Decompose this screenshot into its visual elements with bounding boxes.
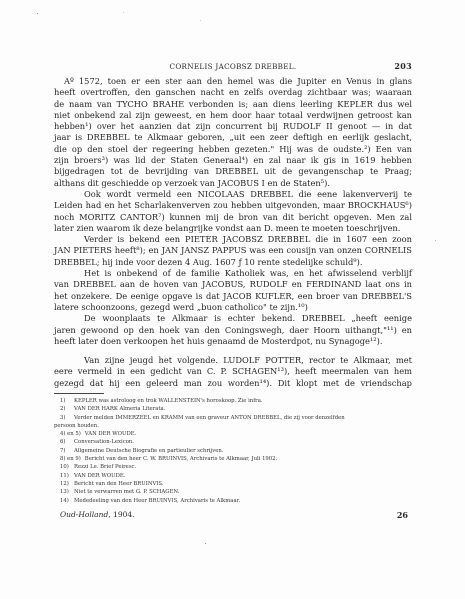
body-text: Aº 1572, toen er een ster aan den hemel … [54,76,412,389]
text-line: hebben¹) over het aanzien dat zijn concu… [54,121,412,132]
scan-speck [37,13,38,14]
footnote-number: 4) en 5) [60,430,81,438]
footnote-text: VAN DER WOUDE. [74,473,125,479]
text-line: Aº 1572, toen er een ster aan den hemel … [54,76,412,87]
footnote-number: 1) [60,397,74,405]
text-line: heeft later doen verkoopen het huis gena… [54,336,412,347]
text-line: later zien waarom ik deze belangrijke vo… [54,223,412,234]
text-line: Verder is bekend een PIETER JACOBSZ DREB… [54,234,412,245]
footnote-text: Verder melden IMMERZEEL en KRAMM van een… [74,415,345,421]
text-line: heeft overtroffen, den ganschen nacht en… [54,87,412,98]
footnote: 3)Verder melden IMMERZEEL en KRAMM van e… [60,414,412,422]
footnote-number: 7) [60,447,74,455]
text-line: noch MORITZ CANTOR⁷) kunnen mij de bron … [54,212,412,223]
footnote-number: 13) [60,488,74,496]
footnote-text: persoon houden. [54,423,99,429]
footnote-number: 3) [60,414,74,422]
footnote: 14)Mededeeling van den Heer BRUINVIS, Ar… [60,497,412,505]
footnote-number: 6) [60,438,74,446]
scan-speck [205,543,206,544]
footnote: 7)Allgemeine Deutsche Biografie en parti… [60,447,412,455]
text-line: Van zijne jeugd het volgende. LUDOLF POT… [54,355,412,366]
footnote-number: 12) [60,480,74,488]
footnote-text: KEPLER was astroloog en trok WALLENSTEIN… [74,398,263,404]
text-line: zijn broers³) was lid der Staten Generaa… [54,155,412,166]
text-line: gezegd dat hij een geleerd man zou worde… [54,378,412,389]
text-line: Ook wordt vermeld een NICOLAAS DREBBEL d… [54,189,412,200]
footnote-number: 2) [60,405,74,413]
text-line: jaar is DREBBEL te Alkmaar geboren, „uit… [54,132,412,143]
scan-speck [435,240,436,241]
footnote: 11)VAN DER WOUDE. [60,472,412,480]
footnote: 12)Bericht van den Heer BRUINVIS. [60,480,412,488]
journal-title: Oud-Holland [60,510,108,519]
scan-speck [200,20,201,21]
text-line: JAN PIETERS heeft⁸); en JAN JANSZ PAPPUS… [54,245,412,256]
footnote-number: 8) en 9) [60,455,81,463]
page-number: 203 [394,61,412,71]
scanned-page: CORNELIS JACOBSZ DREBBEL. 203 Aº 1572, t… [0,0,465,599]
footnote: persoon houden. [54,422,412,430]
journal-year: , 1904. [108,510,134,519]
footnote-number: 10) [60,463,74,471]
text-line: jaren gewoond op den hoek van den Coning… [54,325,412,336]
footnote-text: Bericht van den heer C. W. BRUINVIS, Arc… [85,456,277,462]
page-footer: Oud-Holland, 1904. 26 [60,510,412,522]
footnote: 13)Niet te verwarren met G. P. SCHAGEN. [60,488,412,496]
footnote: 4) en 5)VAN DER WOUDE. [60,430,412,438]
scan-speck [123,12,124,13]
text-line: eere vermeld in een gedicht van C. P. SC… [54,366,412,377]
footnote: 10)Rezzi Le. Brief Peiresc. [60,463,412,471]
journal-citation: Oud-Holland, 1904. [60,510,135,519]
footnote-text: VAN DER WOUDE. [85,431,136,437]
footnote-text: VAN DER HARK Almeria Literata. [74,406,165,412]
footnote-text: Niet te verwarren met G. P. SCHAGEN. [74,489,179,495]
footnote-text: Conversation-Lexicon. [74,439,134,445]
running-title: CORNELIS JACOBSZ DREBBEL. [54,62,412,71]
footnote-text: Rezzi Le. Brief Peiresc. [74,464,136,470]
footnote-number: 11) [60,472,74,480]
text-line: van DREBBEL aan de hoven van JACOBUS, RU… [54,279,412,290]
footnote-text: Allgemeine Deutsche Biografie en partieu… [74,448,223,454]
text-line: Leiden had en het Scharlakenverven zou h… [54,200,412,211]
text-line: de naam van TYCHO BRAHE verbonden is; aa… [54,99,412,110]
text-line: althans dit geschiedde op verzoek van JA… [54,178,412,189]
text-line: die op den stoel der regeering hebben ge… [54,144,412,155]
text-line: het onzekere. De eenige opgave is dat JA… [54,291,412,302]
text-line: bijgedragen tot de bevrijding van DREBBE… [54,166,412,177]
footnote: 1)KEPLER was astroloog en trok WALLENSTE… [60,397,412,405]
footnote-number: 14) [60,497,74,505]
text-line: latere schoonzoons, gezegd werd „buon ca… [54,302,412,313]
text-line: Het is onbekend of de familie Katholiek … [54,268,412,279]
footnote-text: Bericht van den Heer BRUINVIS. [74,481,164,487]
running-header: CORNELIS JACOBSZ DREBBEL. 203 [54,61,412,73]
footnote: 6)Conversation-Lexicon. [60,438,412,446]
footnotes: 1)KEPLER was astroloog en trok WALLENSTE… [60,397,412,505]
text-line: niet onbekend zal zijn geweest, en hem d… [54,110,412,121]
paragraph-gap [54,347,412,355]
footnote: 2)VAN DER HARK Almeria Literata. [60,405,412,413]
text-line: DREBBEL; hij inde voor dezen 4 Aug. 1607… [54,257,412,268]
footnote: 8) en 9)Bericht van den heer C. W. BRUIN… [60,455,412,463]
text-line: De woonplaats te Alkmaar is echter beken… [54,313,412,324]
footnote-text: Mededeeling van den Heer BRUINVIS, Archi… [74,498,240,504]
signature-mark: 26 [397,510,408,520]
footnote-rule [54,393,104,394]
